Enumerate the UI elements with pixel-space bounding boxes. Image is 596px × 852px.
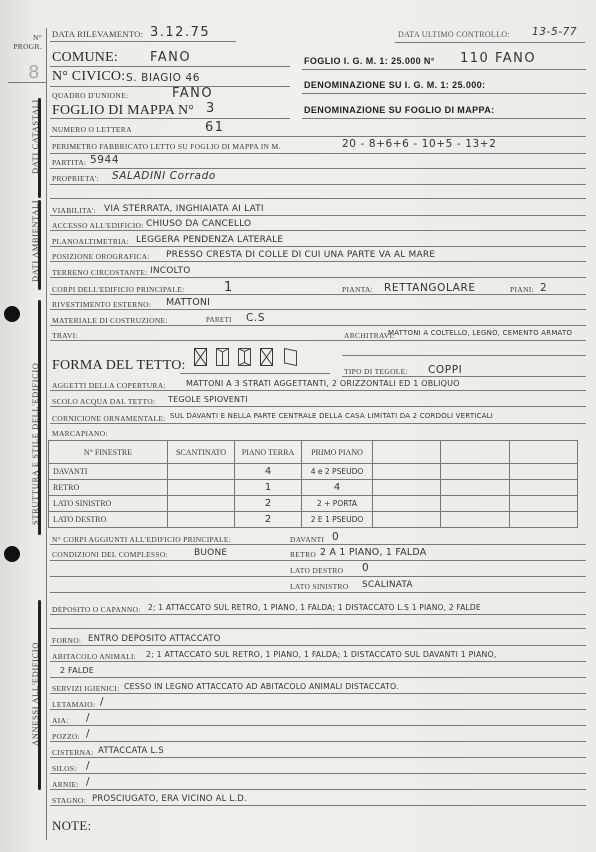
- progr-label: N° PROGR.: [8, 33, 42, 51]
- partita-value: 5944: [90, 154, 119, 166]
- hip-roof-crossed-icon[interactable]: [194, 348, 207, 366]
- col-header: [373, 441, 441, 464]
- col-header: PRIMO PIANO: [302, 441, 373, 464]
- corpi-aggiunti-label: N° CORPI AGGIUNTI ALL'EDIFICIO PRINCIPAL…: [52, 535, 231, 544]
- data-rilevamento-label: DATA RILEVAMENTO:: [52, 29, 143, 39]
- civico-value: S. BIAGIO 46: [126, 72, 200, 84]
- architravi-value: MATTONI A COLTELLO, LEGNO, CEMENTO ARMAT…: [388, 329, 572, 337]
- deposito-label: DEPOSITO o CAPANNO:: [52, 605, 141, 614]
- condizioni-value: BUONE: [194, 548, 227, 558]
- pianta-value: RETTANGOLARE: [384, 282, 476, 294]
- aggetti-value: MATTONI A 3 STRATI AGGETTANTI, 2 ORIZZON…: [186, 379, 460, 388]
- aia-value: /: [86, 712, 90, 724]
- survey-form-page: N° PROGR. 8 DATI CATASTALI DATI AMBIENTA…: [0, 0, 596, 852]
- col-header: N° FINESTRE: [49, 441, 168, 464]
- aggetti-label: AGGETTI DELLA COPERTURA:: [52, 381, 166, 390]
- retro-label: RETRO: [290, 550, 316, 559]
- comune-value: FANO: [150, 50, 191, 65]
- table-row: RETRO 1 4: [49, 480, 578, 496]
- lato-destro-label: LATO DESTRO: [290, 566, 343, 575]
- forma-tetto-label: FORMA DEL TETTO:: [52, 358, 186, 374]
- section-annessi: ANNESSI ALL'EDIFICIO: [30, 642, 40, 746]
- partita-label: PARTITA:: [52, 158, 86, 167]
- accesso-label: ACCESSO ALL'EDIFICIO:: [52, 221, 144, 230]
- abitacolo-value: 2; 1 ATTACCATO SUL RETRO, 1 PIANO, 1 FAL…: [146, 650, 497, 659]
- cornicione-value: SUL DAVANTI E NELLA PARTE CENTRALE DELLA…: [170, 412, 493, 420]
- civico-label: N° CIVICO:: [52, 69, 125, 85]
- corpi-value: 1: [224, 280, 234, 295]
- finestre-table: N° FINESTRE SCANTINATO PIANO TERRA PRIMO…: [48, 440, 578, 528]
- pozzo-label: POZZO:: [52, 732, 80, 741]
- davanti-label: DAVANTI: [290, 535, 324, 544]
- hip-roof-crossed-icon[interactable]: [260, 348, 273, 366]
- col-header: [441, 441, 509, 464]
- proprieta-value: SALADINI Corrado: [112, 170, 216, 182]
- lato-destro-value: 0: [362, 562, 369, 574]
- lato-sinistro-value: SCALINATA: [362, 580, 413, 590]
- piani-value: 2: [540, 282, 547, 294]
- silos-value: /: [86, 760, 90, 772]
- progr-value: 8: [28, 62, 39, 83]
- accesso-value: CHIUSO DA CANCELLO: [146, 219, 251, 229]
- forno-label: FORNO:: [52, 636, 81, 645]
- numero-value: 61: [205, 120, 225, 135]
- stagno-value: PROSCIUGATO, ERA VICINO AL L.D.: [92, 794, 247, 804]
- marcapiano-label: MARCAPIANO:: [52, 429, 108, 438]
- table-row: DAVANTI 4 4 e 2 PSEUDO: [49, 464, 578, 480]
- cisterna-value: ATTACCATA L.S: [98, 746, 164, 756]
- letamaio-value: /: [100, 696, 104, 708]
- planoaltimetria-label: PLANOALTIMETRIA:: [52, 237, 129, 246]
- deposito-value: 2; 1 ATTACCATO SUL RETRO, 1 PIANO, 1 FAL…: [148, 603, 481, 612]
- section-dati-ambientali: DATI AMBIENTALI: [30, 200, 40, 282]
- gable-roof-icon[interactable]: [216, 348, 229, 366]
- pareti-label: PARETI: [206, 316, 232, 324]
- viabilita-value: VIA STERRATA, INGHIAIATA AI LATI: [104, 204, 264, 214]
- foglio-mappa-label: FOGLIO DI MAPPA N°: [52, 103, 194, 119]
- travi-label: TRAVI:: [52, 331, 78, 340]
- arnie-value: /: [86, 776, 90, 788]
- col-header: [509, 441, 577, 464]
- quadro-value: FANO: [172, 86, 213, 101]
- section-struttura: STRUTTURA E STILE DELL'EDIFICIO: [30, 363, 40, 526]
- data-rilevamento-value: 3.12.75: [150, 25, 210, 40]
- data-controllo-value: 13-5-77: [532, 26, 577, 38]
- foglio-igm-value: 110 FANO: [460, 51, 536, 66]
- perimetro-label: PERIMETRO FABBRICATO LETTO SU FOGLIO DI …: [52, 142, 281, 151]
- materiale-label: MATERIALE DI COSTRUZIONE:: [52, 316, 168, 325]
- cornicione-label: CORNICIONE ORNAMENTALE:: [52, 414, 166, 423]
- arnie-label: ARNIE:: [52, 780, 79, 789]
- binder-hole: [4, 306, 20, 322]
- foglio-igm-label: FOGLIO I. G. M. 1: 25.000 N°: [304, 56, 435, 66]
- posizione-value: PRESSO CRESTA DI COLLE DI CUI UNA PARTE …: [166, 250, 435, 260]
- scolo-label: SCOLO ACQUA DAL TETTO:: [52, 397, 155, 406]
- pareti-value: C.S: [246, 312, 265, 324]
- table-row: LATO DESTRO 2 2 E 1 PSEUDO: [49, 512, 578, 528]
- abitacolo-label: ABITACOLO ANIMALI:: [52, 652, 136, 661]
- viabilita-label: VIABILITA':: [52, 206, 96, 215]
- lato-sinistro-label: LATO SINISTRO: [290, 582, 349, 591]
- corpi-label: CORPI DELL'EDIFICIO PRINCIPALE:: [52, 285, 184, 294]
- section-dati-catastali: DATI CATASTALI: [30, 99, 40, 174]
- piani-label: PIANI:: [510, 285, 534, 294]
- servizi-label: SERVIZI IGIENICI:: [52, 684, 120, 693]
- forno-value: ENTRO DEPOSITO ATTACCATO: [88, 634, 221, 644]
- col-header: PIANO TERRA: [235, 441, 302, 464]
- pozzo-value: /: [86, 728, 90, 740]
- rivestimento-label: RIVESTIMENTO ESTERNO:: [52, 300, 151, 309]
- proprieta-label: PROPRIETA':: [52, 174, 99, 183]
- planoaltimetria-value: LEGGERA PENDENZA LATERALE: [136, 235, 283, 245]
- cisterna-label: CISTERNA:: [52, 748, 93, 757]
- shed-roof-icon[interactable]: [284, 348, 297, 366]
- silos-label: SILOS:: [52, 764, 77, 773]
- condizioni-label: CONDIZIONI DEL COMPLESSO:: [52, 550, 168, 559]
- aia-label: AIA:: [52, 716, 69, 725]
- col-header: SCANTINATO: [168, 441, 235, 464]
- denom-foglio-label: DENOMINAZIONE SU FOGLIO DI MAPPA:: [304, 105, 495, 115]
- davanti-value: 0: [332, 531, 339, 543]
- denom-igm-label: DENOMINAZIONE SU I. G. M. 1: 25.000:: [304, 80, 485, 90]
- foglio-mappa-value: 3: [206, 101, 216, 116]
- servizi-value: CESSO IN LEGNO ATTACCATO AD ABITACOLO AN…: [124, 682, 399, 691]
- scolo-value: TEGOLE SPIOVENTI: [168, 395, 248, 404]
- margin-rule: [46, 28, 47, 840]
- tegole-value: COPPI: [428, 364, 462, 376]
- note-label: NOTE:: [52, 818, 91, 834]
- data-controllo-label: DATA ULTIMO CONTROLLO:: [398, 30, 510, 39]
- retro-value: 2 A 1 PIANO, 1 FALDA: [320, 547, 426, 558]
- letamaio-label: LETAMAIO:: [52, 700, 95, 709]
- rivestimento-value: MATTONI: [166, 297, 210, 308]
- comune-label: COMUNE:: [52, 50, 118, 66]
- abitacolo-value-cont: 2 FALDE: [60, 666, 94, 675]
- pianta-label: PIANTA:: [342, 285, 373, 294]
- stagno-label: STAGNO:: [52, 796, 86, 805]
- quadro-label: QUADRO D'UNIONE:: [52, 91, 128, 100]
- numero-label: NUMERO o LETTERA: [52, 125, 132, 134]
- binder-hole: [4, 546, 20, 562]
- perimetro-value: 20 - 8+6+6 - 10+5 - 13+2: [342, 138, 496, 150]
- terreno-label: TERRENO CIRCOSTANTE:: [52, 268, 148, 277]
- terreno-value: INCOLTO: [150, 266, 191, 276]
- tegole-label: TIPO DI TEGOLE:: [344, 367, 408, 376]
- pavilion-roof-icon[interactable]: [238, 348, 251, 366]
- table-row: LATO SINISTRO 2 2 + PORTA: [49, 496, 578, 512]
- posizione-label: POSIZIONE OROGRAFICA:: [52, 252, 150, 261]
